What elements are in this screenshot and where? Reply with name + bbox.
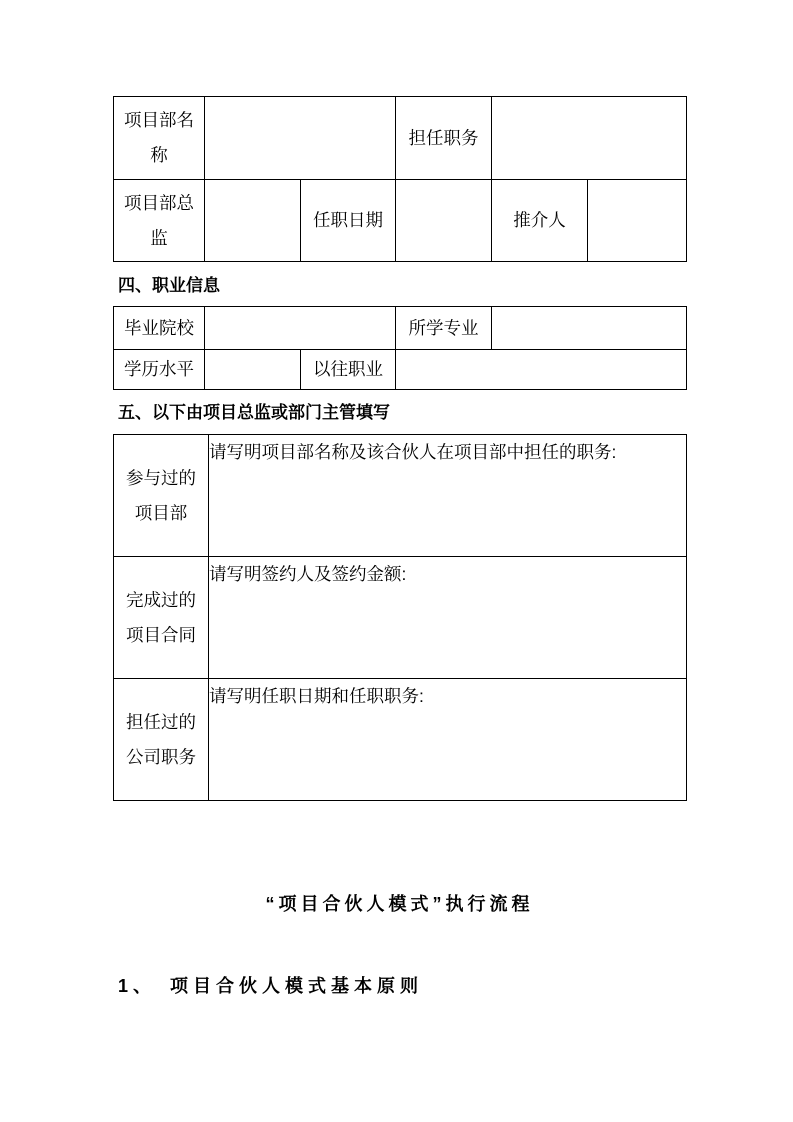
position-input-cell[interactable] xyxy=(492,97,687,180)
table-row: 完成过的 项目合同 请写明签约人及签约金额: xyxy=(114,557,687,679)
project-dept-table: 项目部名 称 担任职务 项目部总 监 任职日期 推介人 xyxy=(113,96,687,262)
director-label: 项目部总 监 xyxy=(114,180,205,262)
start-date-label: 任职日期 xyxy=(301,180,396,262)
table-row: 参与过的 项目部 请写明项目部名称及该合伙人在项目部中担任的职务: xyxy=(114,435,687,557)
major-label: 所学专业 xyxy=(396,307,492,350)
table-row: 项目部名 称 担任职务 xyxy=(114,97,687,180)
document-page: 项目部名 称 担任职务 项目部总 监 任职日期 推介人 四、职业信息 毕业院校 xyxy=(0,0,793,1122)
education-level-label: 学历水平 xyxy=(114,350,205,390)
dept-name-label: 项目部名 称 xyxy=(114,97,205,180)
table-row: 项目部总 监 任职日期 推介人 xyxy=(114,180,687,262)
table-row: 学历水平 以往职业 xyxy=(114,350,687,390)
career-info-table: 毕业院校 所学专业 学历水平 以往职业 xyxy=(113,306,687,390)
participated-depts-input-cell[interactable]: 请写明项目部名称及该合伙人在项目部中担任的职务: xyxy=(209,435,687,557)
table-row: 担任过的 公司职务 请写明任职日期和任职职务: xyxy=(114,679,687,801)
held-positions-input-cell[interactable]: 请写明任职日期和任职职务: xyxy=(209,679,687,801)
list-item-1-text: 项目合伙人模式基本原则 xyxy=(170,976,423,996)
completed-contracts-label: 完成过的 项目合同 xyxy=(114,557,209,679)
school-label: 毕业院校 xyxy=(114,307,205,350)
completed-contracts-input-cell[interactable]: 请写明签约人及签约金额: xyxy=(209,557,687,679)
school-input-cell[interactable] xyxy=(205,307,396,350)
table-row: 毕业院校 所学专业 xyxy=(114,307,687,350)
referrer-label: 推介人 xyxy=(492,180,588,262)
held-positions-label: 担任过的 公司职务 xyxy=(114,679,209,801)
major-input-cell[interactable] xyxy=(492,307,687,350)
education-level-input-cell[interactable] xyxy=(205,350,301,390)
participated-depts-label: 参与过的 项目部 xyxy=(114,435,209,557)
list-item-1: 1、项目合伙人模式基本原则 xyxy=(118,976,686,996)
referrer-input-cell[interactable] xyxy=(588,180,687,262)
previous-job-label: 以往职业 xyxy=(301,350,396,390)
position-label: 担任职务 xyxy=(396,97,492,180)
director-input-cell[interactable] xyxy=(205,180,301,262)
document-content: 项目部名 称 担任职务 项目部总 监 任职日期 推介人 四、职业信息 毕业院校 xyxy=(113,0,686,996)
previous-job-input-cell[interactable] xyxy=(396,350,687,390)
section-4-heading: 四、职业信息 xyxy=(118,275,686,296)
process-flow-title: “项目合伙人模式”执行流程 xyxy=(113,893,686,915)
list-item-1-number: 1、 xyxy=(118,976,156,996)
dept-name-input-cell[interactable] xyxy=(205,97,396,180)
supervisor-fill-table: 参与过的 项目部 请写明项目部名称及该合伙人在项目部中担任的职务: 完成过的 项… xyxy=(113,434,687,801)
section-5-heading: 五、以下由项目总监或部门主管填写 xyxy=(118,402,686,423)
start-date-input-cell[interactable] xyxy=(396,180,492,262)
